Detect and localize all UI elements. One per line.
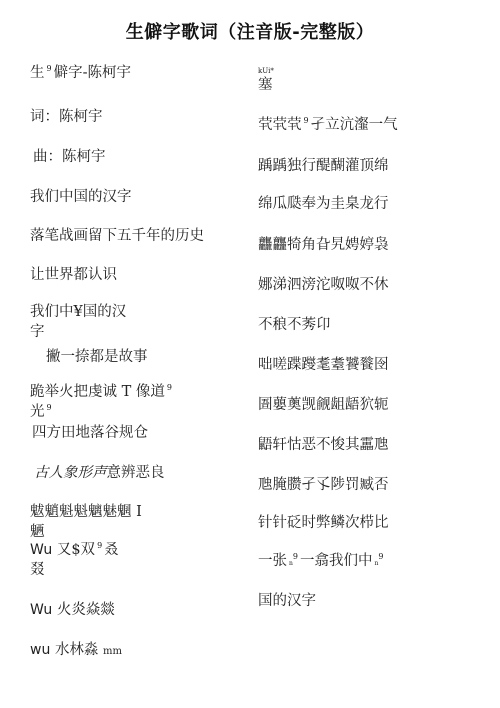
lyric-text: 魃魈魁魁魑魅魍 I [30, 504, 142, 520]
lyric-text: mm [103, 646, 122, 657]
lyric-line: 生9僻字-陈柯宇 [30, 63, 131, 83]
superscript-mark: 9 [97, 541, 102, 550]
lyric-text: 一翕我们中 [300, 553, 373, 569]
lyric-line: 鼯轩怙恶不悛其靁虺 [258, 435, 389, 455]
superscript-mark: 9 [47, 403, 52, 412]
lyric-line: 茕茕茕9孑立沆瀣一气 [258, 115, 398, 135]
lyric-line: 魃魈魁魁魑魅魍 I 魉 [30, 502, 142, 542]
lyric-text: 水林淼 [55, 642, 99, 658]
lyric-line: 词：陈柯宇 [30, 107, 103, 127]
lyric-text: 叒 [104, 542, 119, 558]
pinyin-label: Wu [30, 602, 52, 618]
superscript-mark: 9 [167, 383, 172, 392]
lyric-line: 国的汉字 [258, 591, 316, 611]
lyric-text: 魉 [30, 524, 45, 540]
superscript-mark: 9 [304, 116, 309, 125]
lyric-line: 圄蘡薁觊觎龃龉狖轭 [258, 395, 389, 415]
lyric-line: 撇一捺都是故事 [46, 347, 148, 367]
lyric-line: 落笔战画留下五千年的历史 [30, 226, 204, 246]
lyric-line: 龘龘犄角旮旯娉婷袅 [258, 235, 389, 255]
lyric-text: 字 [30, 324, 45, 340]
lyric-text: 孑立沆瀣一气 [311, 117, 398, 133]
subscript-mark: n [289, 560, 293, 567]
lyric-line: 踽踽独行醍醐灌顶绵 [258, 156, 389, 176]
lyric-line: 针针砭时弊鳞次栉比 [258, 513, 389, 533]
superscript-mark: 9 [293, 552, 298, 561]
superscript-mark: 9 [378, 552, 383, 561]
lyric-line: 古人象形声意辨恶良 [34, 463, 165, 483]
lyric-line: Wu 火炎焱燚 [30, 600, 115, 620]
lyric-line: 跪举火把虔诚 T 像道9 光9 [30, 382, 174, 422]
lyric-line: wu 水林淼 mm [30, 640, 122, 662]
lyric-line: kUi* 塞 [258, 67, 274, 95]
lyric-line: 让世界都认识 [30, 265, 117, 285]
lyric-text: 叕 [30, 562, 45, 578]
lyric-line: 曲：陈柯宇 [33, 147, 106, 167]
lyric-line: 我们中国的汉字 [30, 187, 132, 207]
lyric-line: 咄嗟蹀躞耄耋饕餮囹 [258, 355, 389, 375]
lyric-text: 茕茕茕 [258, 117, 302, 133]
lyric-text: 又$双 [57, 542, 95, 558]
lyric-line: Wu 又$双9叒 叕 [30, 540, 119, 580]
lyric-line: 不稂不莠卬 [258, 315, 331, 335]
pinyin-annotation: kUi* [258, 67, 274, 75]
lyric-line: 四方田地落谷规仓 [32, 423, 148, 443]
lyric-text: 光 [30, 404, 45, 420]
lyric-line: 虺腌臜孑孓陟罚臧否 [258, 475, 389, 495]
lyric-text: 跪举火把虔诚 T 像道 [30, 384, 165, 400]
lyric-text: 塞 [258, 77, 273, 93]
lyric-text: 火炎焱燚 [57, 602, 115, 618]
lyric-text: 生 [30, 65, 45, 81]
lyric-line: 一张n9一翕我们中n9 [258, 551, 385, 574]
lyric-line: 绵瓜瓞奉为圭臬龙行 [258, 194, 389, 214]
lyric-text: 一张 [258, 553, 287, 569]
pinyin-label: Wu [30, 542, 52, 558]
lyric-text: 我们中¥国的汉 [30, 304, 126, 320]
lyric-text: 意辨恶良 [107, 465, 165, 481]
lyric-line: 娜涕泗滂沱呶呶不休 [258, 275, 389, 295]
lyric-text: 僻字-陈柯宇 [54, 65, 131, 81]
pinyin-label: wu [30, 642, 50, 658]
lyric-line: 我们中¥国的汉 字 [30, 302, 126, 342]
document-title: 生僻字歌词（注音版-完整版） [0, 18, 500, 44]
subscript-mark: n [374, 560, 378, 567]
lyric-text-italic: 古人象形声 [34, 465, 107, 481]
superscript-mark: 9 [47, 64, 52, 73]
